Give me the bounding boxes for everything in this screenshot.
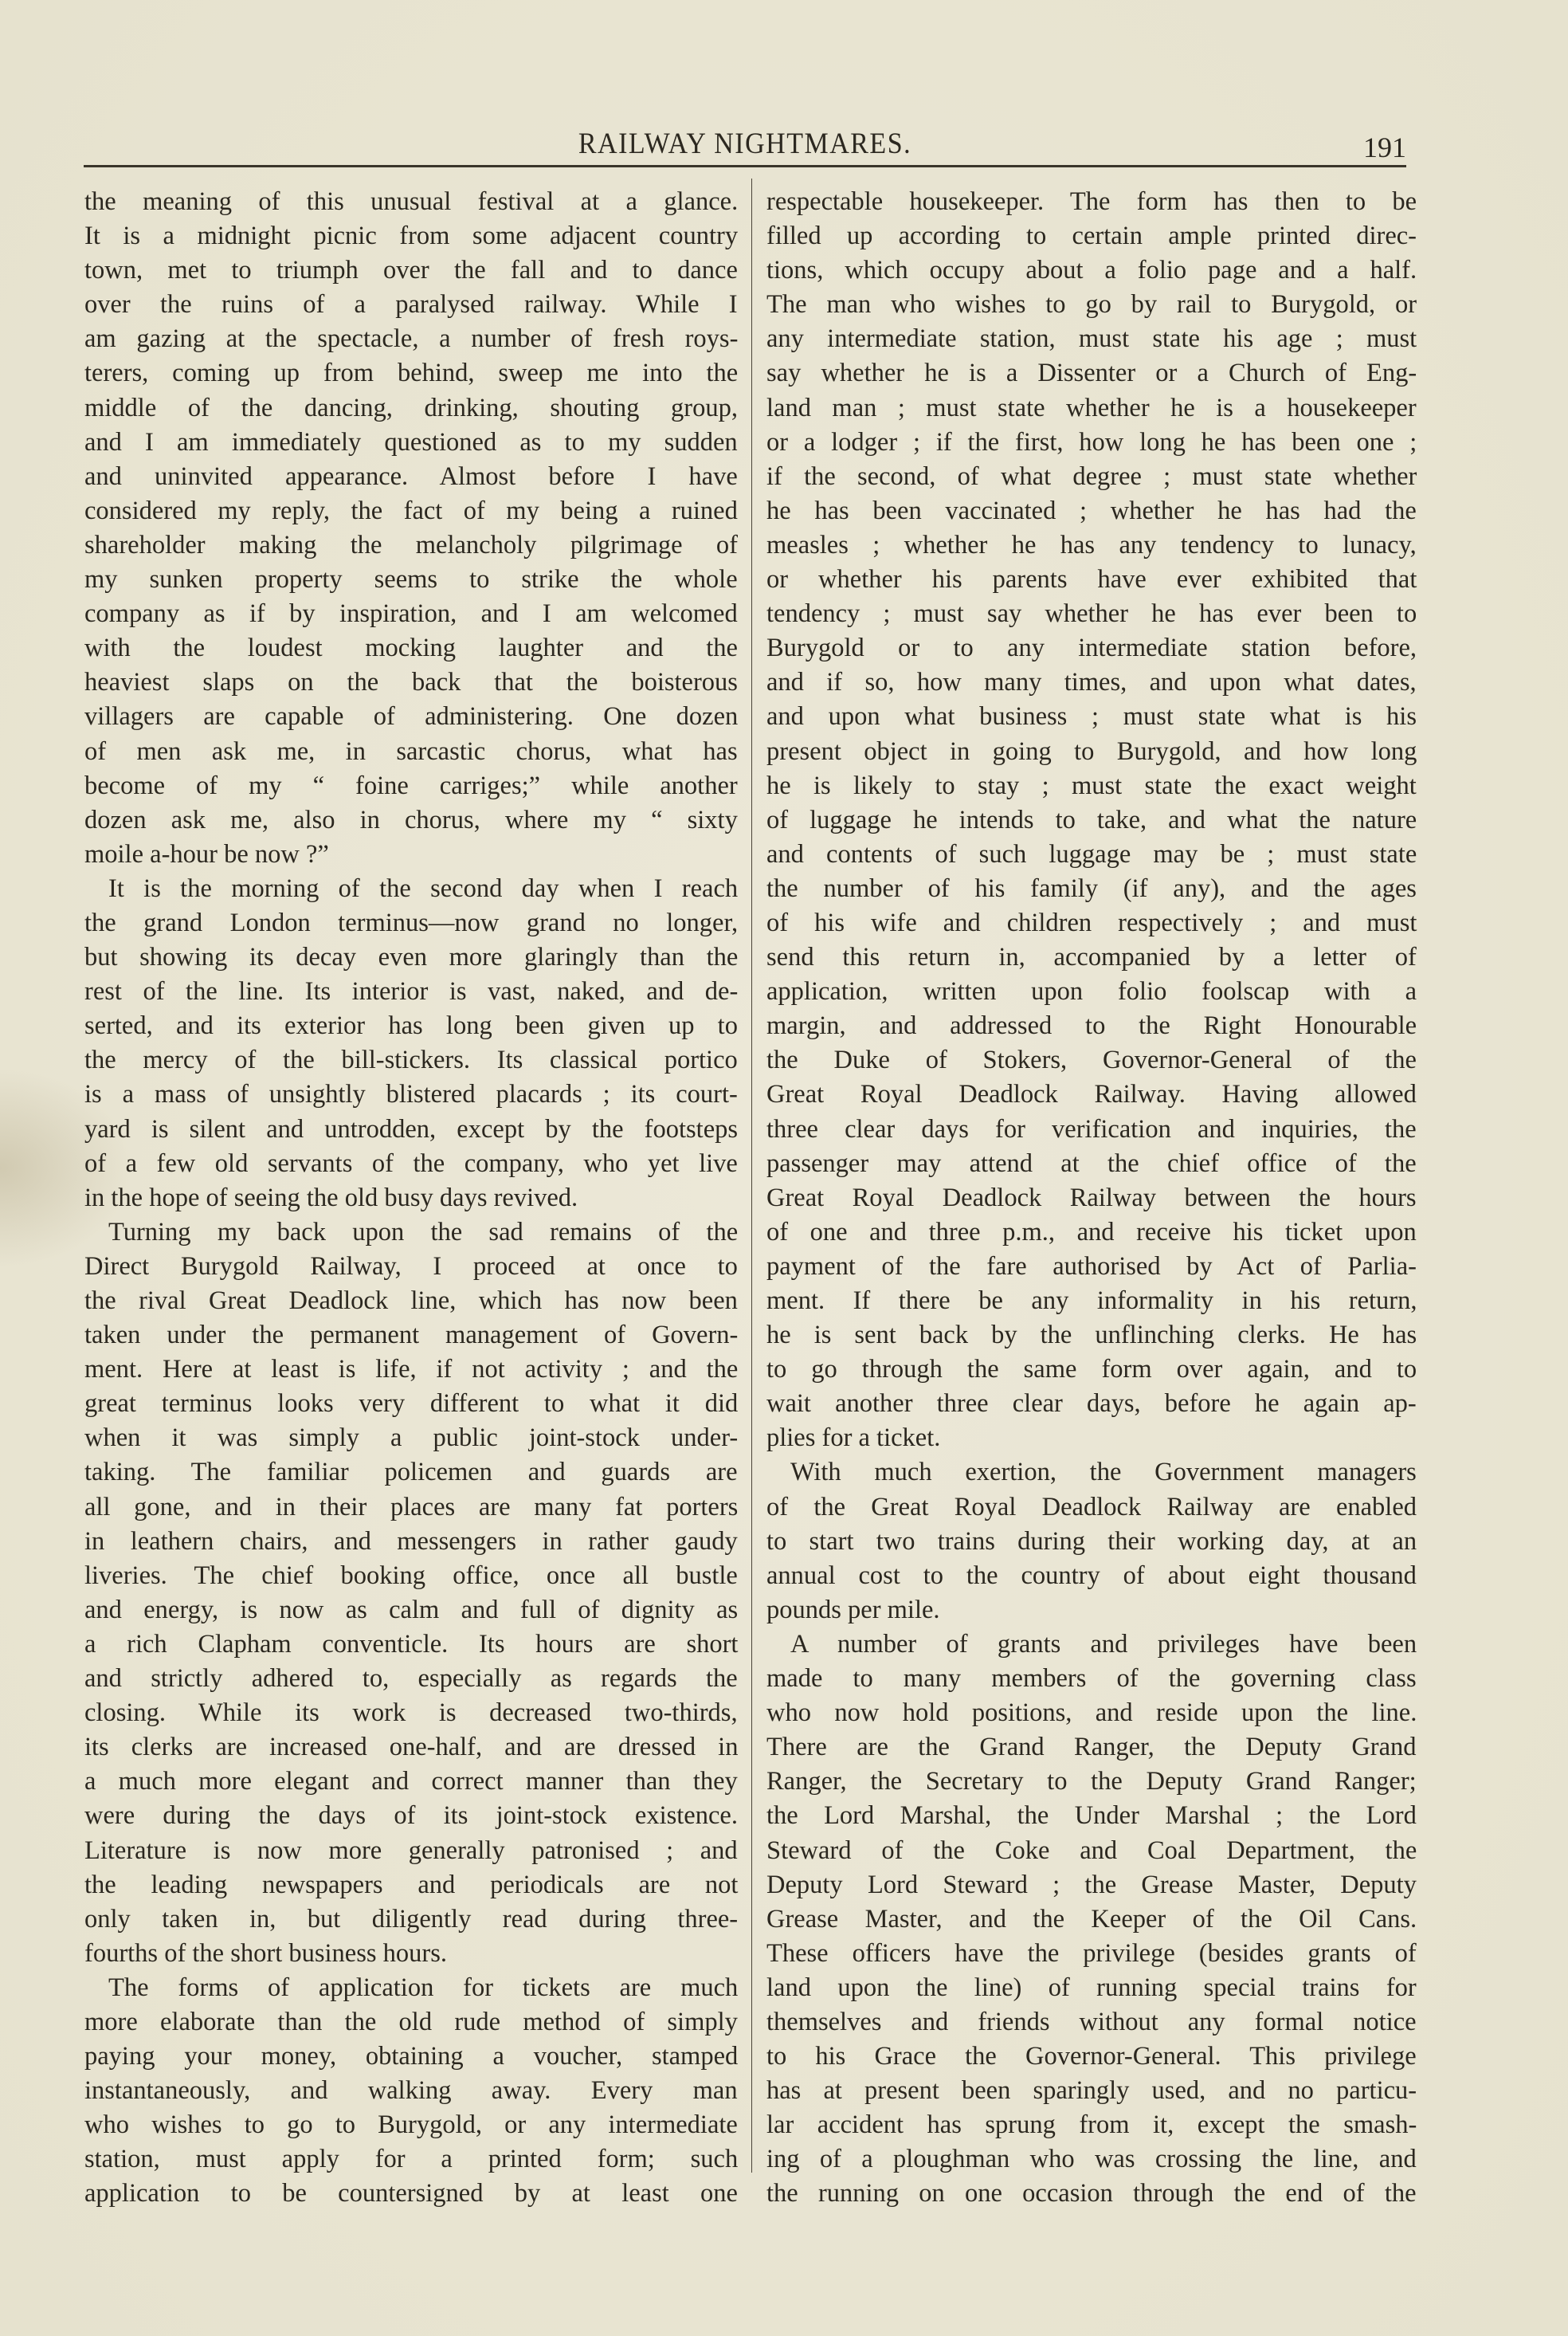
text-line: lar accident has sprung from it, except … xyxy=(766,2108,1417,2142)
text-line: A number of grants and privileges have b… xyxy=(766,1627,1417,1662)
text-line: The man who wishes to go by rail to Bury… xyxy=(766,288,1417,322)
text-line: tions, which occupy about a folio page a… xyxy=(766,253,1417,288)
text-line: say whether he is a Dissenter or a Churc… xyxy=(766,356,1417,391)
text-line: Great Royal Deadlock Railway. Having all… xyxy=(766,1078,1417,1112)
text-line: serted, and its exterior has long been g… xyxy=(84,1009,738,1043)
text-line: is a mass of unsightly blistered placard… xyxy=(84,1078,738,1112)
text-line: station, must apply for a printed form; … xyxy=(84,2142,738,2177)
text-line: with the loudest mocking laughter and th… xyxy=(84,631,738,665)
text-line: of a few old servants of the company, wh… xyxy=(84,1147,738,1181)
text-line: pounds per mile. xyxy=(766,1593,1417,1627)
text-line: any intermediate station, must state his… xyxy=(766,322,1417,356)
text-line: With much exertion, the Government manag… xyxy=(766,1455,1417,1490)
text-line: and if so, how many times, and upon what… xyxy=(766,665,1417,700)
text-line: but showing its decay even more glaringl… xyxy=(84,940,738,975)
text-line: liveries. The chief booking office, once… xyxy=(84,1559,738,1593)
text-line: measles ; whether he has any tendency to… xyxy=(766,528,1417,563)
text-line: in leathern chairs, and messengers in ra… xyxy=(84,1525,738,1559)
text-line: fourths of the short business hours. xyxy=(84,1937,738,1971)
text-line: Burygold or to any intermediate station … xyxy=(766,631,1417,665)
text-line: of his wife and children respectively ; … xyxy=(766,906,1417,940)
text-line: yard is silent and untrodden, except by … xyxy=(84,1113,738,1147)
text-line: rest of the line. Its interior is vast, … xyxy=(84,975,738,1009)
text-line: to his Grace the Governor-General. This … xyxy=(766,2040,1417,2074)
text-line: who now hold positions, and reside upon … xyxy=(766,1696,1417,1730)
text-line: he is sent back by the unflinching clerk… xyxy=(766,1318,1417,1353)
text-line: ing of a ploughman who was crossing the … xyxy=(766,2142,1417,2177)
text-line: the meaning of this unusual festival at … xyxy=(84,185,738,219)
text-line: terers, coming up from behind, sweep me … xyxy=(84,356,738,391)
text-line: and I am immediately questioned as to my… xyxy=(84,426,738,460)
text-line: only taken in, but diligently read durin… xyxy=(84,1902,738,1937)
text-line: of men ask me, in sarcastic chorus, what… xyxy=(84,735,738,769)
text-line: The forms of application for tickets are… xyxy=(84,1971,738,2005)
text-line: filled up according to certain ample pri… xyxy=(766,219,1417,253)
text-line: my sunken property seems to strike the w… xyxy=(84,563,738,597)
text-line: or a lodger ; if the first, how long he … xyxy=(766,426,1417,460)
text-line: were during the days of its joint-stock … xyxy=(84,1799,738,1833)
text-line: become of my “ foine carriges;” while an… xyxy=(84,769,738,803)
text-line: if the second, of what degree ; must sta… xyxy=(766,460,1417,494)
text-line: the Lord Marshal, the Under Marshal ; th… xyxy=(766,1799,1417,1833)
header-rule xyxy=(84,165,1406,167)
text-line: great terminus looks very different to w… xyxy=(84,1387,738,1421)
book-page: RAILWAY NIGHTMARES. 191 the meaning of t… xyxy=(0,0,1568,2336)
text-line: themselves and friends without any forma… xyxy=(766,2005,1417,2040)
text-line: moile a-hour be now ?” xyxy=(84,838,738,872)
text-line: application, written upon folio foolscap… xyxy=(766,975,1417,1009)
text-line: when it was simply a public joint-stock … xyxy=(84,1421,738,1455)
text-line: land man ; must state whether he is a ho… xyxy=(766,391,1417,426)
text-line: to start two trains during their working… xyxy=(766,1525,1417,1559)
text-line: a much more elegant and correct manner t… xyxy=(84,1765,738,1799)
text-line: three clear days for verification and in… xyxy=(766,1113,1417,1147)
column-divider xyxy=(751,179,752,2173)
text-line: company as if by inspiration, and I am w… xyxy=(84,597,738,631)
left-column: the meaning of this unusual festival at … xyxy=(84,185,738,2212)
text-line: annual cost to the country of about eigh… xyxy=(766,1559,1417,1593)
text-line: the grand London terminus—now grand no l… xyxy=(84,906,738,940)
text-line: Turning my back upon the sad remains of … xyxy=(84,1215,738,1250)
text-line: Deputy Lord Steward ; the Grease Master,… xyxy=(766,1868,1417,1902)
text-line: plies for a ticket. xyxy=(766,1421,1417,1455)
text-line: all gone, and in their places are many f… xyxy=(84,1490,738,1525)
text-line: a rich Clapham conventicle. Its hours ar… xyxy=(84,1627,738,1662)
running-header: RAILWAY NIGHTMARES. 191 xyxy=(84,126,1406,166)
text-line: It is the morning of the second day when… xyxy=(84,872,738,906)
page-number: 191 xyxy=(1358,131,1406,164)
text-line: and upon what business ; must state what… xyxy=(766,700,1417,734)
text-line: dozen ask me, also in chorus, where my “… xyxy=(84,803,738,838)
text-line: margin, and addressed to the Right Honou… xyxy=(766,1009,1417,1043)
text-line: tendency ; must say whether he has ever … xyxy=(766,597,1417,631)
text-line: the Duke of Stokers, Governor-General of… xyxy=(766,1043,1417,1078)
text-line: These officers have the privilege (besid… xyxy=(766,1937,1417,1971)
text-line: of the Great Royal Deadlock Railway are … xyxy=(766,1490,1417,1525)
text-line: the rival Great Deadlock line, which has… xyxy=(84,1284,738,1318)
text-line: Ranger, the Secretary to the Deputy Gran… xyxy=(766,1765,1417,1799)
text-line: There are the Grand Ranger, the Deputy G… xyxy=(766,1730,1417,1765)
text-line: villagers are capable of administering. … xyxy=(84,700,738,734)
right-column: respectable housekeeper. The form has th… xyxy=(766,185,1417,2212)
text-line: am gazing at the spectacle, a number of … xyxy=(84,322,738,356)
text-line: or whether his parents have ever exhibit… xyxy=(766,563,1417,597)
text-line: wait another three clear days, before he… xyxy=(766,1387,1417,1421)
running-title: RAILWAY NIGHTMARES. xyxy=(84,128,1406,161)
text-line: middle of the dancing, drinking, shoutin… xyxy=(84,391,738,426)
text-line: more elaborate than the old rude method … xyxy=(84,2005,738,2040)
text-line: over the ruins of a paralysed railway. W… xyxy=(84,288,738,322)
text-line: he has been vaccinated ; whether he has … xyxy=(766,494,1417,528)
text-line: paying your money, obtaining a voucher, … xyxy=(84,2040,738,2074)
text-line: land upon the line) of running special t… xyxy=(766,1971,1417,2005)
text-line: send this return in, accompanied by a le… xyxy=(766,940,1417,975)
text-line: Literature is now more generally patroni… xyxy=(84,1834,738,1868)
text-line: of luggage he intends to take, and what … xyxy=(766,803,1417,838)
text-line: present object in going to Burygold, and… xyxy=(766,735,1417,769)
text-line: he is likely to stay ; must state the ex… xyxy=(766,769,1417,803)
text-line: to go through the same form over again, … xyxy=(766,1353,1417,1387)
text-line: and contents of such luggage may be ; mu… xyxy=(766,838,1417,872)
text-line: taking. The familiar policemen and guard… xyxy=(84,1455,738,1490)
text-line: in the hope of seeing the old busy days … xyxy=(84,1181,738,1215)
text-line: Grease Master, and the Keeper of the Oil… xyxy=(766,1902,1417,1937)
text-line: the number of his family (if any), and t… xyxy=(766,872,1417,906)
text-line: and uninvited appearance. Almost before … xyxy=(84,460,738,494)
text-line: town, met to triumph over the fall and t… xyxy=(84,253,738,288)
text-line: of one and three p.m., and receive his t… xyxy=(766,1215,1417,1250)
text-line: respectable housekeeper. The form has th… xyxy=(766,185,1417,219)
text-line: considered my reply, the fact of my bein… xyxy=(84,494,738,528)
text-line: Great Royal Deadlock Railway between the… xyxy=(766,1181,1417,1215)
text-line: ment. If there be any informality in his… xyxy=(766,1284,1417,1318)
text-line: and energy, is now as calm and full of d… xyxy=(84,1593,738,1627)
text-line: payment of the fare authorised by Act of… xyxy=(766,1250,1417,1284)
text-line: taken under the permanent management of … xyxy=(84,1318,738,1353)
text-line: who wishes to go to Burygold, or any int… xyxy=(84,2108,738,2142)
text-line: ment. Here at least is life, if not acti… xyxy=(84,1353,738,1387)
text-line: the running on one occasion through the … xyxy=(766,2177,1417,2211)
text-line: heaviest slaps on the back that the bois… xyxy=(84,665,738,700)
text-line: has at present been sparingly used, and … xyxy=(766,2074,1417,2108)
text-line: passenger may attend at the chief office… xyxy=(766,1147,1417,1181)
text-line: the leading newspapers and periodicals a… xyxy=(84,1868,738,1902)
text-line: made to many members of the governing cl… xyxy=(766,1662,1417,1696)
text-line: the mercy of the bill-stickers. Its clas… xyxy=(84,1043,738,1078)
text-line: and strictly adhered to, especially as r… xyxy=(84,1662,738,1696)
text-line: instantaneously, and walking away. Every… xyxy=(84,2074,738,2108)
text-line: It is a midnight picnic from some adjace… xyxy=(84,219,738,253)
text-line: Direct Burygold Railway, I proceed at on… xyxy=(84,1250,738,1284)
text-line: its clerks are increased one-half, and a… xyxy=(84,1730,738,1765)
text-line: closing. While its work is decreased two… xyxy=(84,1696,738,1730)
text-line: application to be countersigned by at le… xyxy=(84,2177,738,2211)
text-line: shareholder making the melancholy pilgri… xyxy=(84,528,738,563)
text-line: Steward of the Coke and Coal Department,… xyxy=(766,1834,1417,1868)
